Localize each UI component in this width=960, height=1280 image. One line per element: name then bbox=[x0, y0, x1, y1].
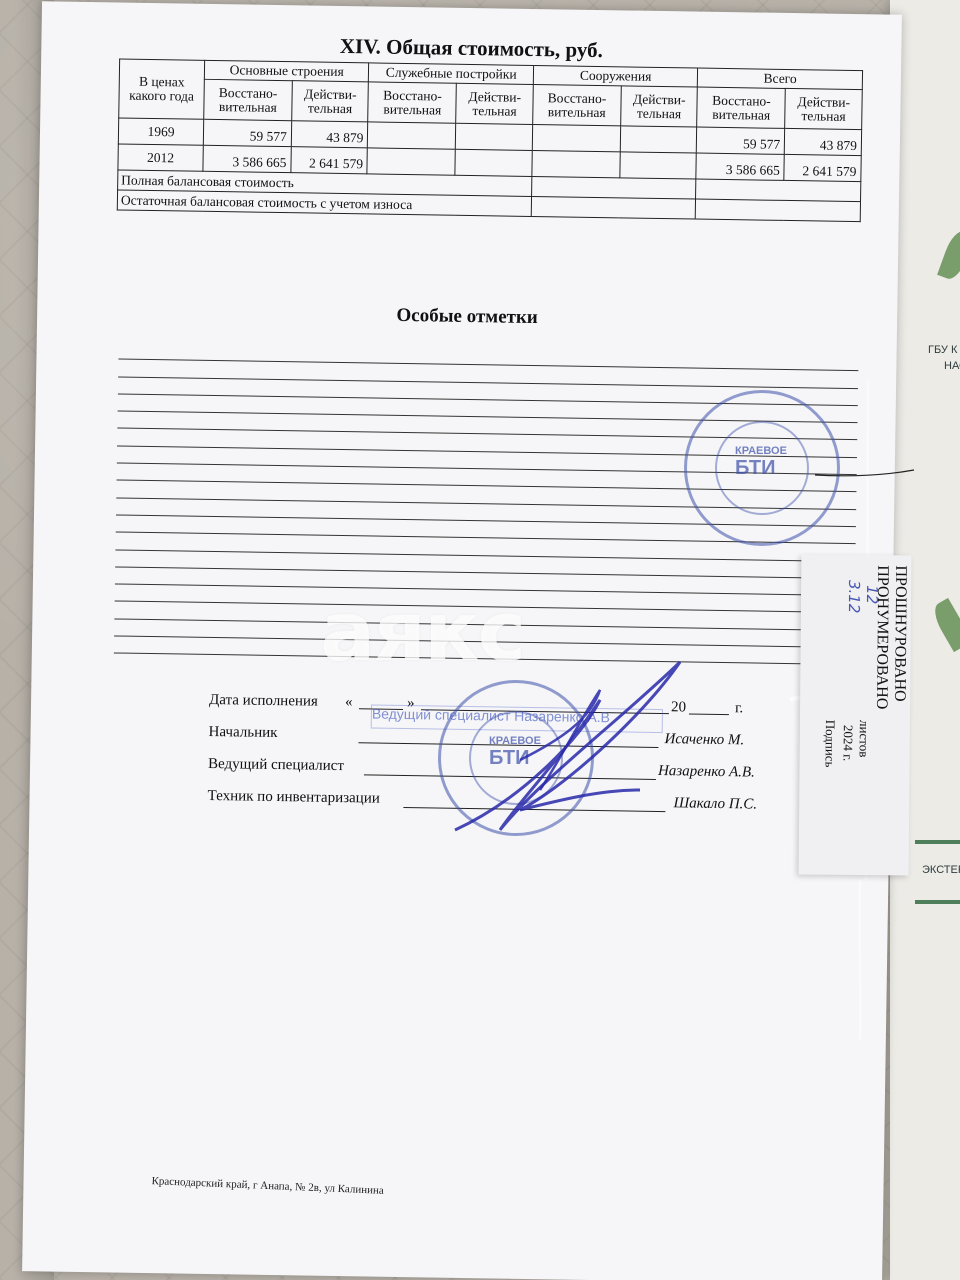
footer-address: Краснодарский край, г Анапа, № 2в, ул Ка… bbox=[151, 1175, 384, 1197]
sub-actual: Действи-тельная bbox=[621, 86, 698, 127]
cell-struct-actual bbox=[620, 126, 697, 153]
cell-total-restoration: 3 586 665 bbox=[696, 153, 784, 180]
sub-actual: Действи-тельная bbox=[785, 88, 862, 129]
chief-label: Начальник bbox=[208, 724, 277, 742]
background-text-1: ГБУ К bbox=[928, 344, 957, 356]
sub-restoration: Восстано-вительная bbox=[368, 82, 456, 123]
cell-total-restoration: 59 577 bbox=[697, 127, 785, 154]
row-year: 2012 bbox=[118, 144, 203, 171]
sub-restoration: Восстано-вительная bbox=[204, 79, 292, 120]
background-text-2: НАС bbox=[944, 360, 960, 372]
sub-actual: Действи-тельная bbox=[456, 83, 533, 124]
header-service-buildings: Служебные постройки bbox=[369, 63, 534, 85]
background-green-rule bbox=[915, 840, 960, 844]
binding-strip: ПРОШНУРОВАНО ПРОНУМЕРОВАНО листов 2024 г… bbox=[799, 555, 912, 876]
date-label: Дата исполнения bbox=[209, 692, 318, 711]
stamp-logo: БТИ bbox=[735, 457, 775, 480]
stamp-logo: БТИ bbox=[489, 747, 529, 770]
header-year: В ценах какого года bbox=[119, 59, 205, 119]
strip-date: 3.12 bbox=[845, 580, 863, 614]
cell-service-restoration bbox=[367, 148, 455, 175]
background-text-3: ЭКСТЕР bbox=[922, 864, 960, 876]
tech-label: Техник по инвентаризации bbox=[207, 788, 379, 808]
date-quote-open: « bbox=[345, 694, 353, 711]
special-notes-title: Особые отметки bbox=[37, 299, 897, 335]
lead-name: Назаренко А.В. bbox=[658, 763, 755, 782]
date-year-prefix: 20 bbox=[671, 699, 686, 716]
header-structures: Сооружения bbox=[533, 65, 698, 87]
header-total: Всего bbox=[698, 68, 863, 90]
date-year-suffix: г. bbox=[735, 700, 743, 717]
date-year-blank bbox=[689, 713, 729, 715]
strip-sheets-label: листов bbox=[856, 720, 872, 758]
cell-service-restoration bbox=[368, 122, 456, 149]
header-main-buildings: Основные строения bbox=[204, 60, 369, 82]
stamp-center-text: КРАЕВОЕ bbox=[489, 735, 541, 747]
cell-main-restoration: 3 586 665 bbox=[203, 145, 291, 172]
cost-table: В ценах какого года Основные строения Сл… bbox=[117, 58, 863, 222]
tech-name: Шакало П.С. bbox=[673, 795, 757, 813]
round-stamp: КРАЕВОЕ БТИ bbox=[684, 390, 840, 546]
strip-line1: ПРОШНУРОВАНО bbox=[890, 565, 909, 701]
strip-signature-label: Подпись bbox=[822, 720, 838, 768]
strip-sheets-count: 12 bbox=[863, 585, 881, 604]
sub-actual: Действи-тельная bbox=[292, 81, 369, 122]
lead-label: Ведущий специалист bbox=[208, 756, 344, 775]
stamp-center-text: КРАЕВОЕ bbox=[735, 445, 787, 457]
cell-service-actual bbox=[456, 123, 533, 150]
chief-name: Исаченко М. bbox=[664, 731, 744, 749]
sub-restoration: Восстано-вительная bbox=[697, 87, 785, 128]
row-year: 1969 bbox=[118, 118, 203, 145]
cell-main-restoration: 59 577 bbox=[203, 119, 291, 146]
sub-restoration: Восстано-вительная bbox=[533, 84, 621, 125]
cell-main-actual: 43 879 bbox=[291, 121, 368, 148]
watermark: аякс bbox=[320, 585, 524, 680]
cell-struct-restoration bbox=[532, 124, 620, 151]
cell-main-actual: 2 641 579 bbox=[291, 147, 368, 174]
cell-struct-actual bbox=[620, 152, 697, 179]
cell-total-actual: 43 879 bbox=[785, 128, 862, 155]
background-green-rule-2 bbox=[915, 900, 960, 904]
cell-struct-restoration bbox=[532, 150, 620, 177]
strip-year: 2024 г. bbox=[840, 725, 856, 762]
cell-service-actual bbox=[455, 149, 532, 176]
round-stamp: КРАЕВОЕ БТИ bbox=[438, 680, 594, 836]
cell-total-actual: 2 641 579 bbox=[784, 154, 861, 181]
